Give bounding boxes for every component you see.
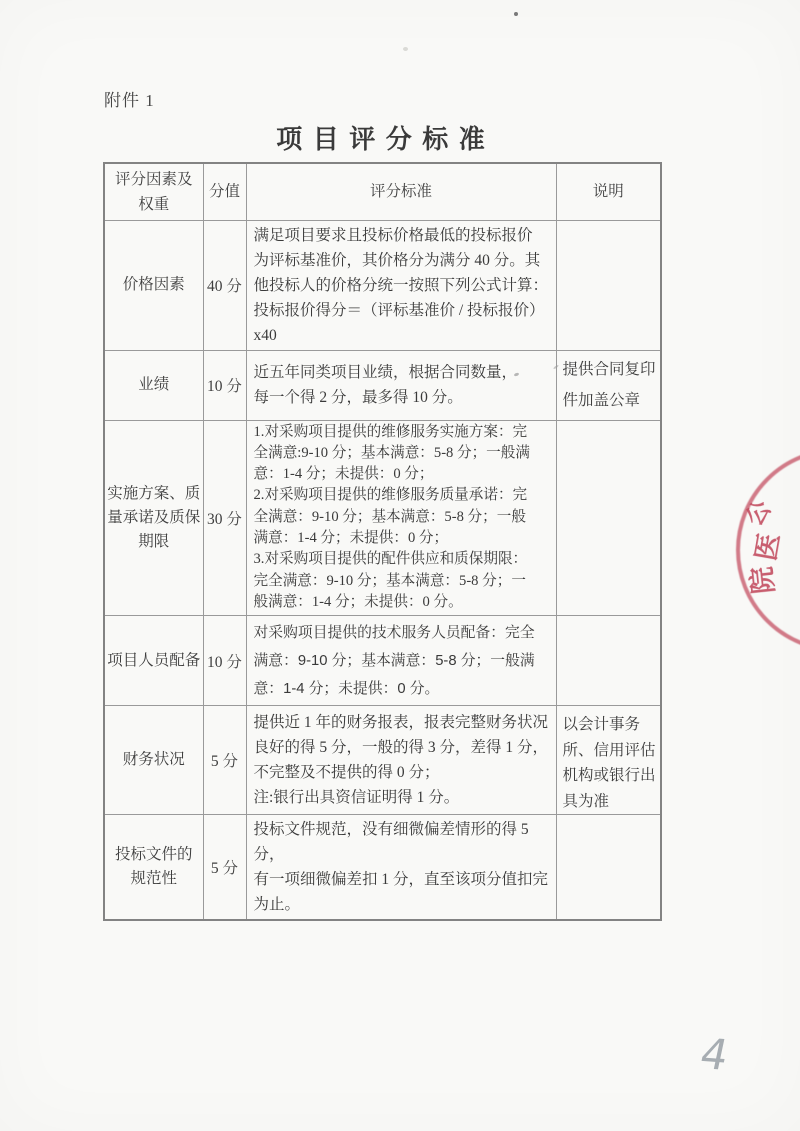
note-cell (556, 616, 661, 706)
note-cell: 以会计事务 所、信用评估 机构或银行出 具为准 (556, 706, 661, 815)
criteria-cell: 1.对采购项目提供的维修服务实施方案：完 全满意:9-10 分；基本满意：5-8… (246, 420, 556, 616)
scanned-document-page: 附件 1 项 目 评 分 标 准 评分因素及 权重 分值 评分标准 说明 价格因… (0, 0, 800, 1131)
scoring-table: 评分因素及 权重 分值 评分标准 说明 价格因素 40 分 满足项目要求且投标价… (103, 162, 662, 921)
factor-cell: 财务状况 (104, 706, 203, 815)
note-cell: 提供合同复印 件加盖公章 (556, 350, 661, 420)
scan-speck (403, 47, 408, 51)
table-row-performance: 业绩 10 分 近五年同类项目业绩，根据合同数量， 每一个得 2 分，最多得 1… (104, 350, 661, 420)
scan-speck (514, 12, 518, 16)
factor-cell: 投标文件的 规范性 (104, 815, 203, 921)
table-header-row: 评分因素及 权重 分值 评分标准 说明 (104, 163, 661, 220)
handwritten-page-number: 4 (696, 1029, 733, 1079)
score-cell: 30 分 (203, 420, 246, 616)
factor-cell: 价格因素 (104, 220, 203, 350)
criteria-cell: 对采购项目提供的技术服务人员配备：完全 满意：9-10 分；基本满意：5-8 分… (246, 616, 556, 706)
note-cell (556, 220, 661, 350)
note-cell (556, 420, 661, 616)
attachment-label: 附件 1 (104, 86, 155, 111)
header-criteria: 评分标准 (246, 163, 556, 220)
note-cell (556, 815, 661, 921)
score-cell: 5 分 (203, 706, 246, 815)
score-cell: 40 分 (203, 220, 246, 350)
criteria-cell: 满足项目要求且投标价格最低的投标报价 为评标基准价，其价格分为满分 40 分。其… (246, 220, 556, 350)
criteria-cell: 投标文件规范，没有细微偏差情形的得 5 分， 有一项细微偏差扣 1 分，直至该项… (246, 815, 556, 921)
table-row-price: 价格因素 40 分 满足项目要求且投标价格最低的投标报价 为评标基准价，其价格分… (104, 220, 661, 350)
score-cell: 5 分 (203, 815, 246, 921)
table-row-implementation: 实施方案、质 量承诺及质保 期限 30 分 1.对采购项目提供的维修服务实施方案… (104, 420, 661, 616)
criteria-cell: 提供近 1 年的财务报表，报表完整财务状况 良好的得 5 分，一般的得 3 分，… (246, 706, 556, 815)
score-cell: 10 分 (203, 350, 246, 420)
table-row-compliance: 投标文件的 规范性 5 分 投标文件规范，没有细微偏差情形的得 5 分， 有一项… (104, 815, 661, 921)
factor-cell: 实施方案、质 量承诺及质保 期限 (104, 420, 203, 616)
factor-cell: 业绩 (104, 350, 203, 420)
criteria-cell: 近五年同类项目业绩，根据合同数量， 每一个得 2 分，最多得 10 分。 (246, 350, 556, 420)
score-cell: 10 分 (203, 616, 246, 706)
factor-cell: 项目人员配备 (104, 616, 203, 706)
header-factor: 评分因素及 权重 (104, 163, 203, 220)
header-score: 分值 (203, 163, 246, 220)
table-row-staffing: 项目人员配备 10 分 对采购项目提供的技术服务人员配备：完全 满意：9-10 … (104, 616, 661, 706)
page-title: 项 目 评 分 标 准 (103, 119, 660, 156)
header-note: 说明 (556, 163, 661, 220)
table-row-finance: 财务状况 5 分 提供近 1 年的财务报表，报表完整财务状况 良好的得 5 分，… (104, 706, 661, 815)
stamp-character: 院 (740, 565, 782, 596)
